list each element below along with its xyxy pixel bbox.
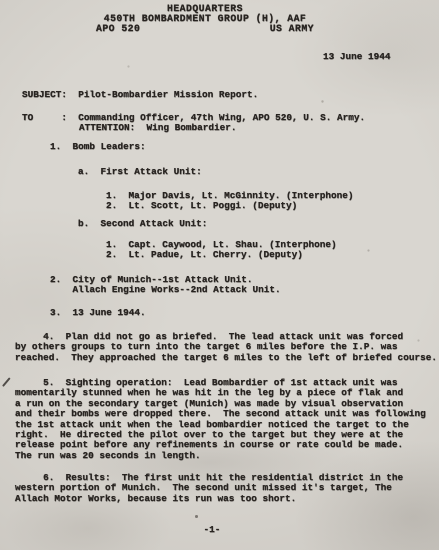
paragraph-sighting-operation: 5. Sighting operation: Lead Bombardier o… xyxy=(15,378,426,461)
scan-specks xyxy=(0,0,1,1)
list-item-first-attack-unit: a. First Attack Unit: xyxy=(78,167,202,177)
pen-mark xyxy=(2,377,11,387)
first-attack-unit-names: 1. Major Davis, Lt. McGinnity. (Interpho… xyxy=(106,191,354,212)
paragraph-plan: 4. Plan did not go as briefed. The lead … xyxy=(15,332,437,363)
document-date: 13 June 1944 xyxy=(323,52,391,62)
list-item-second-attack-unit: b. Second Attack Unit: xyxy=(78,219,207,229)
letterhead-apo: APO 520 xyxy=(96,24,140,34)
document-page: HEADQUARTERS 450TH BOMBARDMENT GROUP (H)… xyxy=(0,0,439,550)
paragraph-results: 6. Results: The first unit hit the resid… xyxy=(15,473,403,504)
second-attack-unit-names: 1. Capt. Caywood, Lt. Shau. (Interphone)… xyxy=(106,240,337,261)
list-item-bomb-leaders: 1. Bomb Leaders: xyxy=(50,142,146,152)
page-number: -1- xyxy=(0,525,424,535)
letterhead-army: US ARMY xyxy=(270,24,314,34)
list-item-mission-date: 3. 13 June 1944. xyxy=(50,308,146,318)
attention-line: ATTENTION: Wing Bombardier. xyxy=(79,123,237,133)
letterhead: HEADQUARTERS 450TH BOMBARDMENT GROUP (H)… xyxy=(96,4,314,33)
letterhead-apo-army-row: APO 520 US ARMY xyxy=(96,24,314,34)
subject-line: SUBJECT: Pilot-Bombardier Mission Report… xyxy=(22,90,258,100)
list-item-targets: 2. City of Munich--1st Attack Unit. Alla… xyxy=(50,275,281,296)
